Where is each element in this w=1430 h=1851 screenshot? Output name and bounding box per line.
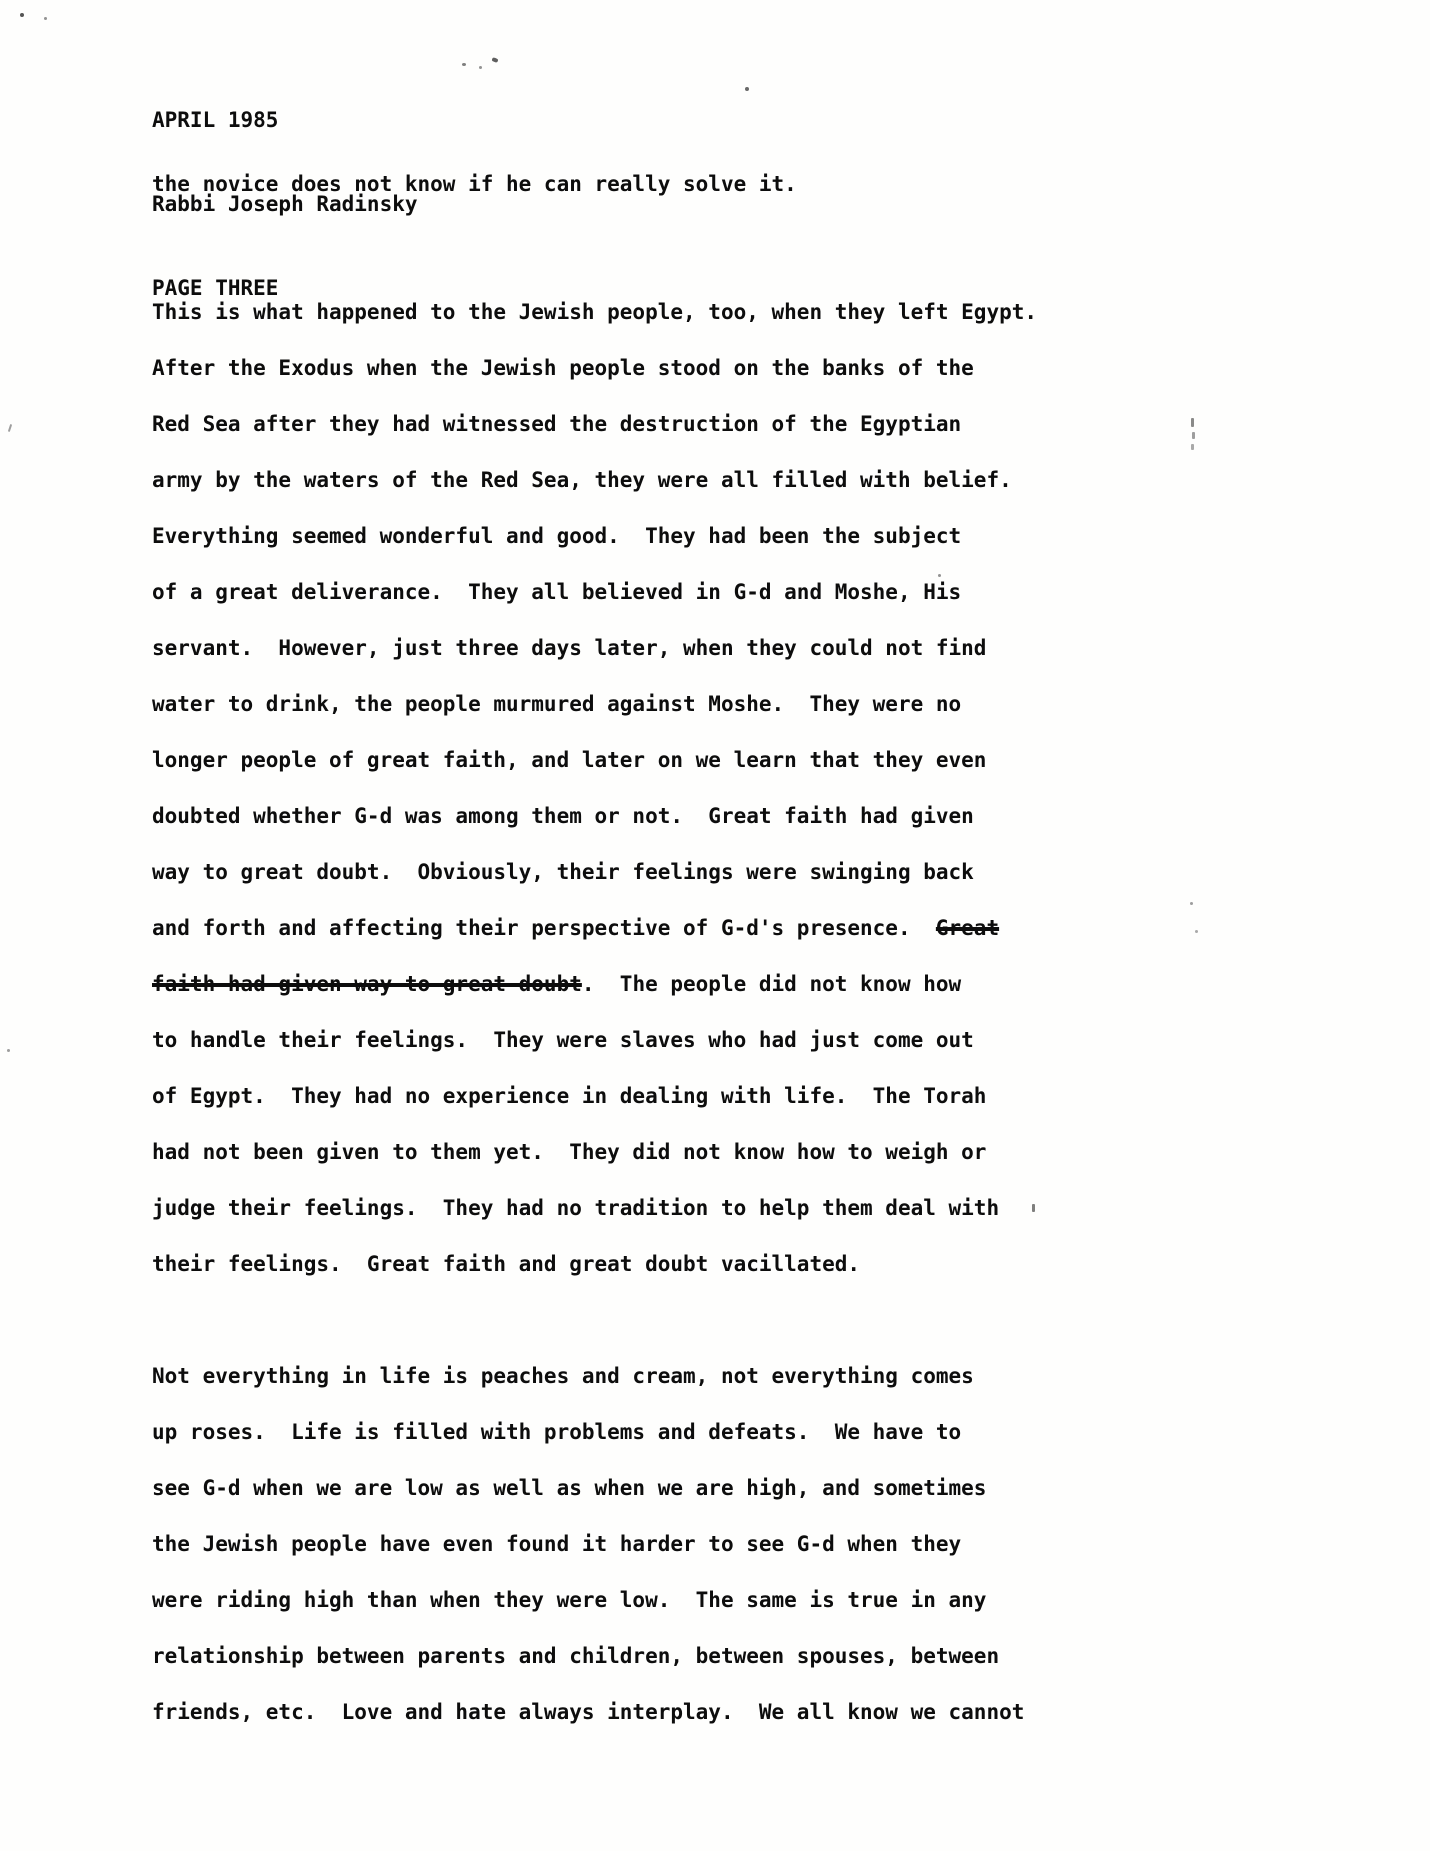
paragraph-1-strike-line-2: faith had given way to great doubt. The …	[152, 956, 1302, 1012]
header-date: APRIL 1985	[152, 106, 418, 134]
scan-speck	[1192, 432, 1195, 439]
paragraph-gap	[152, 1292, 1302, 1348]
scan-speck	[462, 63, 466, 66]
strike-line-1-struck-text: Great	[936, 916, 999, 940]
scan-speck	[938, 574, 941, 577]
document-page: APRIL 1985 Rabbi Joseph Radinsky PAGE TH…	[0, 0, 1430, 1851]
scan-speck	[1032, 1204, 1035, 1212]
paragraph-1-strike-line-1: and forth and affecting their perspectiv…	[152, 900, 1302, 956]
paragraph-1-part-1: This is what happened to the Jewish peop…	[152, 284, 1302, 900]
strike-line-1-pre: and forth and affecting their perspectiv…	[152, 916, 936, 940]
paragraph-1-part-2: to handle their feelings. They were slav…	[152, 1012, 1302, 1292]
strike-line-2-struck-text: faith had given way to great doubt	[152, 972, 582, 996]
scan-speck	[7, 1049, 10, 1052]
lead-line: the novice does not know if he can reall…	[152, 170, 797, 198]
scan-speck	[491, 57, 498, 63]
document-body: This is what happened to the Jewish peop…	[152, 284, 1302, 1740]
scan-speck	[20, 13, 24, 17]
scan-speck	[1191, 444, 1194, 450]
scan-speck	[8, 424, 12, 432]
scan-speck	[44, 17, 47, 20]
scan-speck	[745, 87, 749, 91]
scan-speck	[1190, 902, 1193, 905]
scan-speck	[1195, 930, 1198, 933]
scan-speck	[479, 66, 482, 69]
paragraph-2: Not everything in life is peaches and cr…	[152, 1348, 1302, 1740]
strike-line-2-post: . The people did not know how	[582, 972, 961, 996]
scan-speck	[1191, 418, 1194, 427]
